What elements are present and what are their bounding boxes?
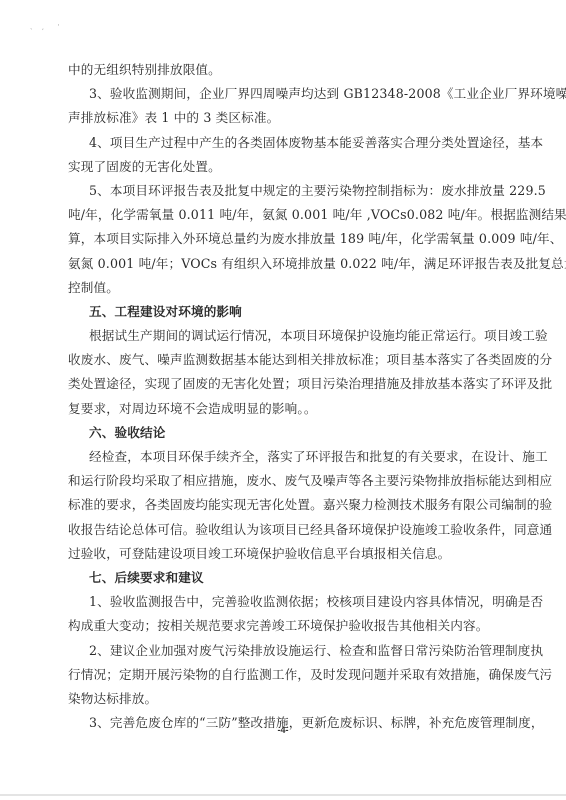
text-line: 过验收，可登陆建设项目竣工环境保护验收信息平台填报相关信息。 [68,542,466,566]
page-edge-divider [0,794,566,796]
text-line: 吨/年，化学需氧量 0.011 吨/年，氨氮 0.001 吨/年 ,VOCs0.… [68,203,466,227]
scan-artifact-marks: 、, ' [30,22,65,31]
text-line: 收报告结论总体可信。验收组认为该项目已经具备环境保护设施竣工验收条件，同意通 [68,518,466,542]
text-line: 类处置途径，实现了固废的无害化处置；项目污染治理措施及排放基本落实了环评及批 [68,372,466,396]
document-body: 中的无组织特别排放限值。 3、验收监测期间，企业厂界四周噪声均达到 GB1234… [68,58,466,735]
text-line: 实现了固废的无害化处置。 [68,155,466,179]
text-line: 中的无组织特别排放限值。 [68,58,466,82]
text-line: 算，本项目实际排入外环境总量约为废水排放量 189 吨/年，化学需氧量 0.00… [68,227,466,251]
text-line: 1、验收监测报告中，完善验收监测依据；校核项目建设内容具体情况，明确是否 [68,590,466,614]
text-line: 和运行阶段均采取了相应措施，废水、废气及噪声等各主要污染物排放指标能达到相应 [68,469,466,493]
text-line: 声排放标准》表 1 中的 3 类区标准。 [68,106,466,130]
text-line: 2、建议企业加强对废气污染排放设施运行、检查和监督日常污染防治管理制度执 [68,639,466,663]
text-line: 控制值。 [68,276,466,300]
text-line: 收废水、废气、噪声监测数据基本能达到相关排放标准；项目基本落实了各类固废的分 [68,348,466,372]
text-line: 根据试生产期间的调试运行情况，本项目环境保护设施均能正常运行。项目竣工验 [68,324,466,348]
text-line: 标准的要求，各类固废均能实现无害化处置。嘉兴聚力检测技术服务有限公司编制的验 [68,493,466,517]
text-line: 3、验收监测期间，企业厂界四周噪声均达到 GB12348-2008《工业企业厂界… [68,82,466,106]
section-heading-environmental-impact: 五、工程建设对环境的影响 [68,300,466,324]
text-line: 行情况；定期开展污染物的自行监测工作，及时发现问题并采取有效措施，确保废气污 [68,663,466,687]
text-line: 染物达标排放。 [68,687,466,711]
text-line: 5、本项目环评报告表及批复中规定的主要污染物控制指标为：废水排放量 229.5 [68,179,466,203]
text-line: 氨氮 0.001 吨/年；VOCs 有组织入环境排放量 0.022 吨/年，满足… [68,252,466,276]
section-heading-acceptance-conclusion: 六、验收结论 [68,421,466,445]
text-line: 复要求，对周边环境不会造成明显的影响。。 [68,397,466,421]
section-heading-follow-up-requirements: 七、后续要求和建议 [68,566,466,590]
page-number: -4- [0,725,566,735]
text-line: 经检查，本项目环保手续齐全，落实了环评报告和批复的有关要求，在设计、施工 [68,445,466,469]
text-line: 4、项目生产过程中产生的各类固体废物基本能妥善落实合理分类处置途径，基本 [68,131,466,155]
text-line: 构成重大变动；按相关规范要求完善竣工环境保护验收报告其他相关内容。 [68,614,466,638]
